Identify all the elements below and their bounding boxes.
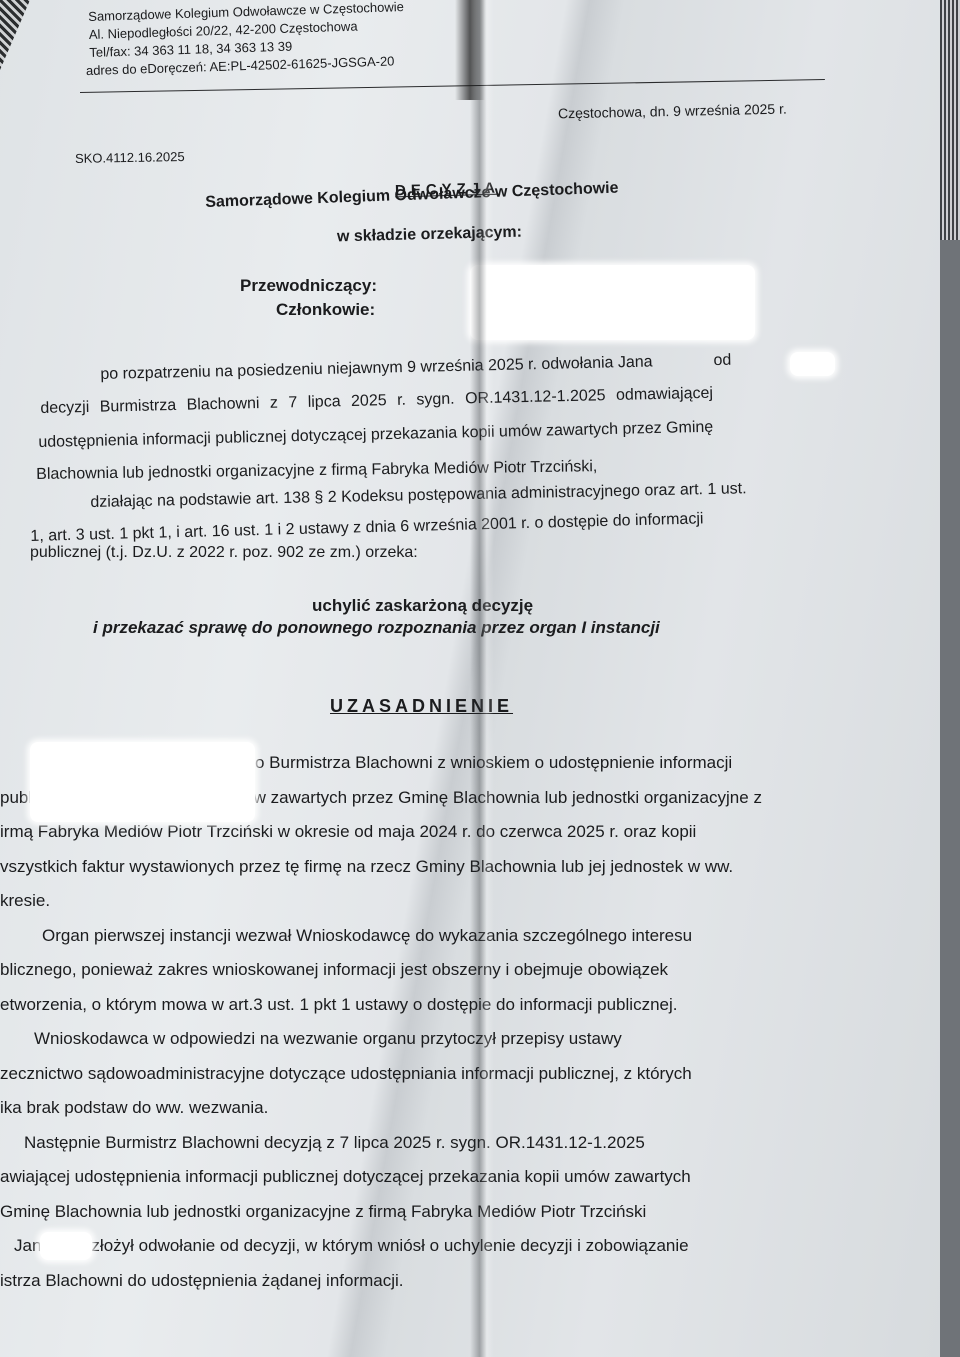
justification-fragment: ów zawartych przez Gminę Blachownia lub … (244, 788, 762, 807)
justification-fragment: złożył odwołanie od decyzji, w którym wn… (91, 1236, 688, 1255)
redacted-applicant-name (30, 742, 255, 822)
justification-line: vszystkich faktur wystawionych przez tę … (0, 850, 940, 885)
justification-line: kresie. (0, 884, 940, 919)
document-page: Samorządowe Kolegium Odwoławcze w Często… (0, 0, 940, 1357)
justification-line: etworzenia, o którym mowa w art.3 ust. 1… (0, 988, 940, 1023)
letterhead: Samorządowe Kolegium Odwoławcze w Często… (88, 0, 406, 80)
justification-fragment: Jan (14, 1236, 41, 1255)
justification-title: UZASADNIENIE (330, 696, 513, 717)
justification-line: Następnie Burmistrz Blachowni decyzją z … (0, 1126, 940, 1161)
composition-label: w składzie orzekającym: (337, 224, 522, 247)
members-label: Członkowie: (276, 300, 375, 320)
justification-fragment: publ (0, 788, 32, 807)
justification-line: Wnioskodawca w odpowiedzi na wezwanie or… (0, 1022, 940, 1057)
redacted-panel-names (470, 265, 755, 340)
ruling-line-1: uchylić zaskarżoną decyzję (312, 596, 533, 616)
justification-line: Gminę Blachownia lub jednostki organizac… (0, 1195, 940, 1230)
chair-label: Przewodniczący: (240, 276, 377, 296)
justification-line: blicznego, ponieważ zakres wnioskowanej … (0, 953, 940, 988)
preamble-line-7: publicznej (t.j. Dz.U. z 2022 r. poz. 90… (30, 536, 418, 570)
justification-line: awiającej udostępnienia informacji publi… (0, 1160, 940, 1195)
ruling-line-2: i przekazać sprawę do ponownego rozpozna… (93, 618, 660, 638)
justification-line: Organ pierwszej instancji wezwał Wniosko… (0, 919, 940, 954)
paper-fold-shadow (455, 0, 485, 100)
case-number: SKO.4112.16.2025 (75, 149, 185, 166)
redacted-appellant-name (790, 352, 835, 376)
redacted-appellant-surname (40, 1232, 92, 1260)
justification-body: o Burmistrza Blachowni z wnioskiem o udo… (0, 746, 940, 1298)
document-date: Częstochowa, dn. 9 września 2025 r. (558, 101, 787, 122)
letterhead-divider (80, 79, 825, 93)
justification-line: Janzłożył odwołanie od decyzji, w którym… (0, 1229, 940, 1264)
justification-line: istrza Blachowni do udostępnienia żądane… (0, 1264, 940, 1299)
justification-line: ika brak podstaw do ww. wezwania. (0, 1091, 940, 1126)
justification-line: zecznictwo sądowoadministracyjne dotyczą… (0, 1057, 940, 1092)
preamble-fragment: od (713, 352, 731, 369)
